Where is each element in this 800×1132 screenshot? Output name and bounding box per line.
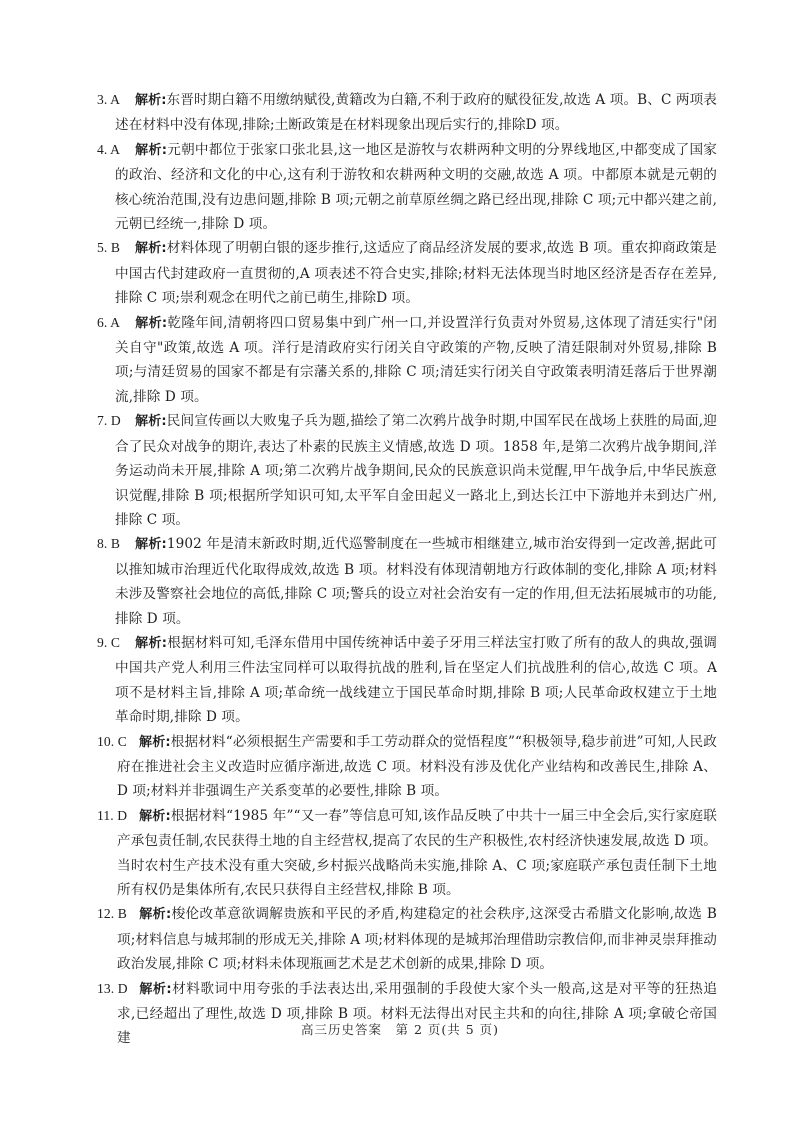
answer-text: 材料体现了明朝白银的逐步推行,这适应了商品经济发展的要求,故选 B 项。重农抑商… [115,240,717,306]
analysis-label: 解析: [135,414,167,429]
page-footer: 高三历史答案 第 2 页(共 5 页) [0,1020,800,1038]
answer-number: 4. A [97,138,135,162]
answer-item-8: 8. B解析:1902 年是清末新政时期,近代巡警制度在一些城市相继建立,城市治… [97,532,717,631]
answer-number: 9. C [97,631,135,655]
answer-number: 11. D [97,804,139,828]
answer-text: 根据材料“必须根据生产需要和手工劳动群众的觉悟程度”“积极领导,稳步前进”可知,… [117,734,717,800]
analysis-label: 解析: [135,636,167,651]
analysis-label: 解析: [139,735,171,750]
analysis-label: 解析: [135,143,167,158]
answer-item-6: 6. A解析:乾隆年间,清朝将四口贸易集中到广州一口,并设置洋行负责对外贸易,这… [97,311,717,410]
answer-number: 7. D [97,409,135,433]
answer-item-9: 9. C解析:根据材料可知,毛泽东借用中国传统神话中姜子牙用三样法宝打败了所有的… [97,631,717,730]
answer-text: 乾隆年间,清朝将四口贸易集中到广州一口,并设置洋行负责对外贸易,这体现了清廷实行… [115,315,717,405]
answer-text: 1902 年是清末新政时期,近代巡警制度在一些城市相继建立,城市治安得到一定改善… [115,536,717,626]
answer-item-11: 11. D解析:根据材料“1985 年”“又一春”等信息可知,该作品反映了中共十… [97,804,717,903]
answer-number: 3. A [97,88,135,112]
answer-number: 5. B [97,236,135,260]
answer-item-13: 13. D解析:材料歌词中用夸张的手法表达出,采用强制的手段使大家个头一般高,这… [97,977,717,1051]
answer-item-4: 4. A解析:元朝中都位于张家口张北县,这一地区是游牧与农耕两种文明的分界线地区… [97,138,717,237]
answer-item-5: 5. B解析:材料体现了明朝白银的逐步推行,这适应了商品经济发展的要求,故选 B… [97,236,717,310]
answer-number: 13. D [97,977,139,1001]
analysis-label: 解析: [135,93,167,108]
answer-text: 根据材料可知,毛泽东借用中国传统神话中姜子牙用三样法宝打败了所有的敌人的典故,强… [115,635,717,725]
answer-text: 元朝中都位于张家口张北县,这一地区是游牧与农耕两种文明的分界线地区,中都变成了国… [115,142,717,232]
answer-text: 根据材料“1985 年”“又一春”等信息可知,该作品反映了中共十一届三中全会后,… [117,808,717,898]
analysis-label: 解析: [139,809,171,824]
answer-item-3: 3. A解析:东晋时期白籍不用缴纳赋役,黄籍改为白籍,不利于政府的赋役征发,故选… [97,88,717,138]
answer-text: 梭伦改革意欲调解贵族和平民的矛盾,构建稳定的社会秩序,这深受古希腊文化影响,故选… [117,906,717,972]
analysis-label: 解析: [135,316,167,331]
answer-number: 12. B [97,902,139,926]
answer-item-7: 7. D解析:民间宣传画以大败鬼子兵为题,描绘了第二次鸦片战争时期,中国军民在战… [97,409,717,532]
analysis-label: 解析: [135,241,167,256]
answer-text: 民间宣传画以大败鬼子兵为题,描绘了第二次鸦片战争时期,中国军民在战场上获胜的局面… [115,413,717,528]
answer-number: 6. A [97,311,135,335]
answer-page: 3. A解析:东晋时期白籍不用缴纳赋役,黄籍改为白籍,不利于政府的赋役征发,故选… [97,88,717,1051]
answer-item-10: 10. C解析:根据材料“必须根据生产需要和手工劳动群众的觉悟程度”“积极领导,… [97,730,717,804]
answer-number: 10. C [97,730,139,754]
answer-text: 东晋时期白籍不用缴纳赋役,黄籍改为白籍,不利于政府的赋役征发,故选 A 项。B、… [115,92,717,133]
answer-item-12: 12. B解析:梭伦改革意欲调解贵族和平民的矛盾,构建稳定的社会秩序,这深受古希… [97,902,717,976]
analysis-label: 解析: [139,907,171,922]
analysis-label: 解析: [139,982,172,997]
answer-number: 8. B [97,532,135,556]
analysis-label: 解析: [135,537,167,552]
